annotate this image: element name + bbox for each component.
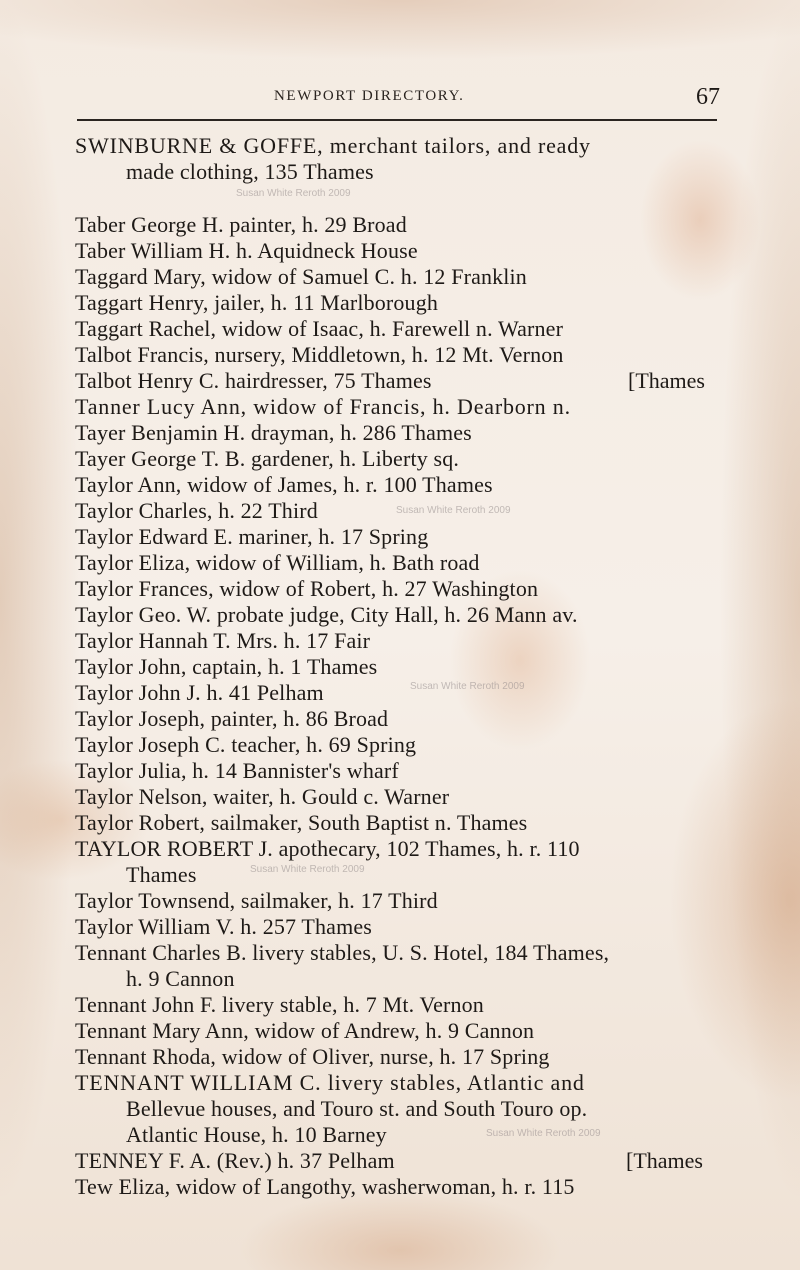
directory-entry-continuation: Atlantic House, h. 10 Barney <box>126 1122 387 1148</box>
directory-entry: Taylor Geo. W. probate judge, City Hall,… <box>75 602 578 628</box>
header-rule <box>77 119 717 121</box>
directory-entry: Taylor Charles, h. 22 Third <box>75 498 318 524</box>
directory-entry: Taylor Frances, widow of Robert, h. 27 W… <box>75 576 538 602</box>
directory-entry: Tayer George T. B. gardener, h. Liberty … <box>75 446 459 472</box>
directory-entry: Tennant Charles B. livery stables, U. S.… <box>75 940 609 966</box>
watermark: Susan White Reroth 2009 <box>236 188 351 199</box>
directory-entry: Tennant John F. livery stable, h. 7 Mt. … <box>75 992 484 1018</box>
directory-entry-continuation: made clothing, 135 Thames <box>126 159 374 185</box>
directory-entry: Taylor Julia, h. 14 Bannister's wharf <box>75 758 399 784</box>
directory-entry: Taylor Robert, sailmaker, South Baptist … <box>75 810 527 836</box>
directory-entry: Talbot Francis, nursery, Middletown, h. … <box>75 342 564 368</box>
directory-entry: Taylor John, captain, h. 1 Thames <box>75 654 377 680</box>
directory-entry: Taylor Joseph C. teacher, h. 69 Spring <box>75 732 416 758</box>
directory-entry: Tennant Mary Ann, widow of Andrew, h. 9 … <box>75 1018 534 1044</box>
directory-entry: TENNANT WILLIAM C. livery stables, Atlan… <box>75 1070 585 1096</box>
directory-entry-continuation: Thames <box>126 862 197 888</box>
watermark: Susan White Reroth 2009 <box>410 681 525 692</box>
directory-entry: Taylor Townsend, sailmaker, h. 17 Third <box>75 888 438 914</box>
directory-entry: Taylor Ann, widow of James, h. r. 100 Th… <box>75 472 493 498</box>
watermark: Susan White Reroth 2009 <box>250 864 365 875</box>
directory-entry: Taylor John J. h. 41 Pelham <box>75 680 324 706</box>
directory-entry: Taggart Henry, jailer, h. 11 Marlborough <box>75 290 438 316</box>
directory-entry: Tanner Lucy Ann, widow of Francis, h. De… <box>75 394 571 420</box>
directory-entry: TAYLOR ROBERT J. apothecary, 102 Thames,… <box>75 836 580 862</box>
directory-entry: Tayer Benjamin H. drayman, h. 286 Thames <box>75 420 472 446</box>
overflow-bracket: [Thames <box>628 368 705 394</box>
directory-entry: Tew Eliza, widow of Langothy, washerwoma… <box>75 1174 575 1200</box>
directory-entry: Taggart Rachel, widow of Isaac, h. Farew… <box>75 316 563 342</box>
running-head: NEWPORT DIRECTORY. <box>274 88 464 105</box>
directory-entry: Taber George H. painter, h. 29 Broad <box>75 212 407 238</box>
book-page: NEWPORT DIRECTORY. 67 SWINBURNE & GOFFE,… <box>0 0 800 1270</box>
directory-entry: Taylor Joseph, painter, h. 86 Broad <box>75 706 388 732</box>
directory-entry: Taggard Mary, widow of Samuel C. h. 12 F… <box>75 264 527 290</box>
directory-entry-continuation: Bellevue houses, and Touro st. and South… <box>126 1096 587 1122</box>
directory-entry: Talbot Henry C. hairdresser, 75 Thames <box>75 368 432 394</box>
overflow-bracket: [Thames <box>626 1148 703 1174</box>
directory-entry: Tennant Rhoda, widow of Oliver, nurse, h… <box>75 1044 550 1070</box>
directory-entry: Taylor Nelson, waiter, h. Gould c. Warne… <box>75 784 449 810</box>
directory-entry: TENNEY F. A. (Rev.) h. 37 Pelham <box>75 1148 395 1174</box>
page-number: 67 <box>696 84 720 111</box>
directory-entry: SWINBURNE & GOFFE, merchant tailors, and… <box>75 133 591 159</box>
directory-entry: Taber William H. h. Aquidneck House <box>75 238 418 264</box>
directory-entry: Taylor Hannah T. Mrs. h. 17 Fair <box>75 628 370 654</box>
directory-entry: Taylor Edward E. mariner, h. 17 Spring <box>75 524 428 550</box>
page-header: NEWPORT DIRECTORY. 67 <box>60 84 720 108</box>
watermark: Susan White Reroth 2009 <box>486 1128 601 1139</box>
directory-entry-continuation: h. 9 Cannon <box>126 966 235 992</box>
directory-entry: Taylor Eliza, widow of William, h. Bath … <box>75 550 480 576</box>
watermark: Susan White Reroth 2009 <box>396 505 511 516</box>
directory-entry: Taylor William V. h. 257 Thames <box>75 914 372 940</box>
